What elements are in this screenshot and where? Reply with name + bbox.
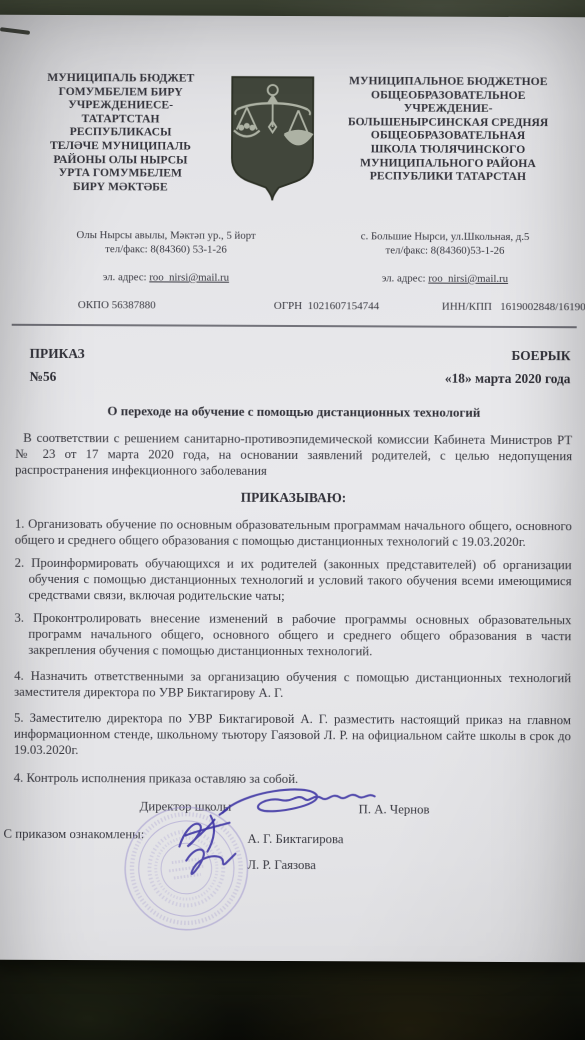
email-left: roo_nirsi@mail.ru [149,271,229,283]
order-type-tatar: БОЕРЫК [445,344,571,368]
email-right: roo_nirsi@mail.ru [428,273,508,285]
org-name-russian: МУНИЦИПАЛЬНОЕ БЮДЖЕТНОЕ ОБЩЕОБРАЗОВАТЕЛЬ… [326,70,569,184]
order-type-number: ПРИКАЗ №56 [29,342,84,388]
order-intro: В соответствии с решением санитарно-прот… [15,430,572,480]
order-number: №56 [29,365,84,388]
addresses: Олы Нырсы авылы, Мәктәп ур., 5 йорт тел/… [16,214,573,286]
item-number: 1. [15,517,25,531]
item-number: 2. [15,556,25,570]
address-russian: с. Большие Нырси, ул.Школьная, д.5 тел/ф… [320,215,570,286]
order-date: «18» марта 2020 года [445,367,571,391]
order-command: ПРИКАЗЫВАЮ: [15,489,572,507]
order-item-4: 4. Назначить ответственными за организац… [14,668,571,702]
item-number: 4. [14,669,24,683]
director-signature-icon [219,783,379,830]
item-number: 5. [14,711,24,725]
order-title: О переходе на обучение с помощью дистанц… [15,403,572,421]
acknowledged-signature-2-icon [178,843,238,887]
item-text: Назначить ответственными за организацию … [14,669,571,700]
order-item-1: 1. Организовать обучение по основным обр… [15,516,572,550]
item-text: Организовать обучение по основным образо… [15,517,572,549]
inn-kpp-value: ИНН/КПП 1619002848/161901001 [442,299,585,316]
order-type-date: БОЕРЫК «18» марта 2020 года [445,344,571,391]
address-tatar: Олы Нырсы авылы, Мәктәп ур., 5 йорт тел/… [16,214,316,285]
coat-of-arms-icon [224,70,321,204]
requisites-row: ОКПО 56387880 ОГРН 1021607154744 ИНН/КПП… [16,297,573,315]
director-signature-row: Директор школы П. А. Чернов [14,794,571,826]
email-label-left: эл. адрес: [103,271,150,283]
ogrn-value: ОГРН 1021607154744 [274,298,442,315]
item-number: 3. [14,611,24,625]
address-russian-lines: с. Большие Нырси, ул.Школьная, д.5 тел/ф… [361,230,530,257]
order-item-3: 3. Проконтролировать внесение изменений … [14,610,571,660]
acknowledged-name-1: А. Г. Биктагирова [247,831,343,847]
address-tatar-lines: Олы Нырсы авылы, Мәктәп ур., 5 йорт тел/… [76,229,255,256]
order-type-ru: ПРИКАЗ [30,342,85,365]
letterhead: МУНИЦИПАЛЬ БЮДЖЕТ ГОМУМБЕЛЕМ БИРҮ УЧРЕЖД… [16,69,574,205]
order-heading: ПРИКАЗ №56 БОЕРЫК «18» марта 2020 года [15,342,572,390]
org-name-tatar: МУНИЦИПАЛЬ БЮДЖЕТ ГОМУМБЕЛЕМ БИРҮ УЧРЕЖД… [16,69,225,194]
item-text: Проконтролировать внесение изменений в р… [28,611,571,658]
order-item-5: 5. Заместителю директора по УВР Биктагир… [14,710,571,760]
document-content: МУНИЦИПАЛЬ БЮДЖЕТ ГОМУМБЕЛЕМ БИРҮ УЧРЕЖД… [0,15,585,957]
item-text: Заместителю директора по УВР Биктагирово… [14,711,571,757]
photo-background: МУНИЦИПАЛЬ БЮДЖЕТ ГОМУМБЕЛЕМ БИРҮ УЧРЕЖД… [0,0,585,1040]
order-item-2: 2. Проинформировать обучающихся и их род… [14,555,571,605]
okpo-value: ОКПО 56387880 [78,297,274,314]
item-text: Проинформировать обучающихся и их родите… [29,556,572,603]
email-label-right: эл. адрес: [382,272,429,284]
document-page: МУНИЦИПАЛЬ БЮДЖЕТ ГОМУМБЕЛЕМ БИРҮ УЧРЕЖД… [0,15,585,963]
item-number: 4. [14,771,24,785]
signature-block: Директор школы П. А. Чернов С приказом о… [13,794,571,956]
acknowledged-name-2: Л. Р. Гаязова [247,857,316,873]
acknowledged-row-2: Л. Р. Гаязова [13,854,570,896]
letterhead-divider [12,324,577,328]
